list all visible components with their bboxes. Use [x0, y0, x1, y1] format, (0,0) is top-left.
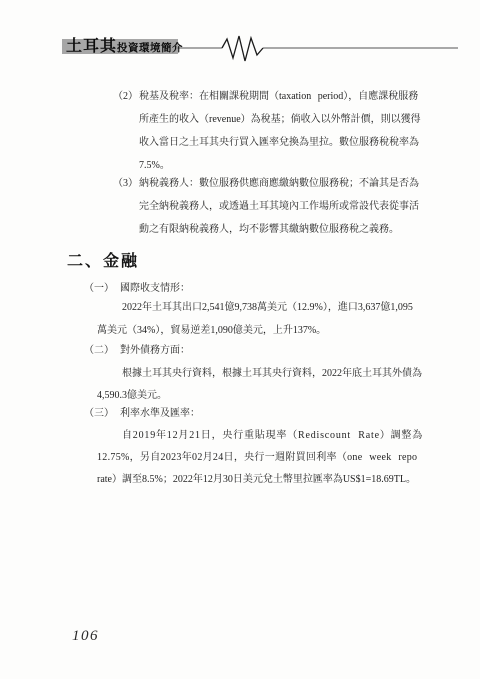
list-marker: （2） — [113, 85, 139, 108]
doc-title-sub: 投資環境簡介 — [117, 42, 183, 55]
subsection-title: 利率水準及匯率： — [120, 408, 200, 419]
paragraph-line: 收入當日之土耳其央行買入匯率兌換為里拉。數位服務稅稅率為 — [113, 131, 421, 154]
page-number: 106 — [72, 627, 99, 645]
list-marker: （二） — [84, 339, 120, 362]
subsection-title: 對外債務方面： — [120, 345, 190, 356]
subsection-head-debt: （二）對外債務方面： — [84, 339, 190, 362]
document-page: 土耳其投資環境簡介 （2）稅基及稅率：在相關課稅期間（taxation peri… — [0, 0, 480, 679]
paragraph-line: rate）調至8.5%；2022年12月30日美元兌土幣里拉匯率為US$1=18… — [97, 468, 416, 491]
paragraph-line: 2022年土耳其出口2,541億9,738萬美元（12.9%），進口3,637億… — [122, 296, 413, 319]
paragraph-tax-base: （2）稅基及稅率：在相關課稅期間（taxation period），自應課稅服務… — [113, 85, 421, 177]
subsection-title: 國際收支情形： — [120, 283, 190, 294]
doc-title: 土耳其投資環境簡介 — [66, 36, 183, 55]
list-marker: （一） — [84, 277, 120, 300]
list-marker: （三） — [84, 402, 120, 425]
paragraph-line: 完全納稅義務人，或透過土耳其境內工作場所或常設代表從事活 — [113, 195, 419, 218]
paragraph-line: 根據土耳其央行資料，根據土耳其央行資料，2022年底土耳其外債為 — [122, 362, 422, 385]
paragraph-line: 動之有限納稅義務人，均不影響其繳納數位服務稅之義務。 — [113, 218, 419, 241]
list-marker: （3） — [113, 172, 139, 195]
paragraph-taxpayer: （3）納稅義務人：數位服務供應商應繳納數位服務稅；不論其是否為 完全納稅義務人，… — [113, 172, 419, 241]
zigzag-pulse-icon — [222, 36, 263, 61]
paragraph-line: 自2019年12月21日，央行重貼現率（Rediscount Rate）調整為 — [122, 424, 423, 447]
doc-title-main: 土耳其 — [66, 38, 117, 55]
subsection-head-rates: （三）利率水準及匯率： — [84, 402, 200, 425]
section-heading-finance: 二、金融 — [67, 252, 139, 272]
paragraph-line: （3）納稅義務人：數位服務供應商應繳納數位服務稅；不論其是否為 — [113, 172, 419, 195]
paragraph-line: （2）稅基及稅率：在相關課稅期間（taxation period），自應課稅服務 — [113, 85, 421, 108]
paragraph-line: 所產生的收入（revenue）為稅基；倘收入以外幣計價，則以獲得 — [113, 108, 421, 131]
paragraph-line: 12.75%，另自2023年02月24日，央行一週附買回利率（one week … — [97, 446, 417, 469]
